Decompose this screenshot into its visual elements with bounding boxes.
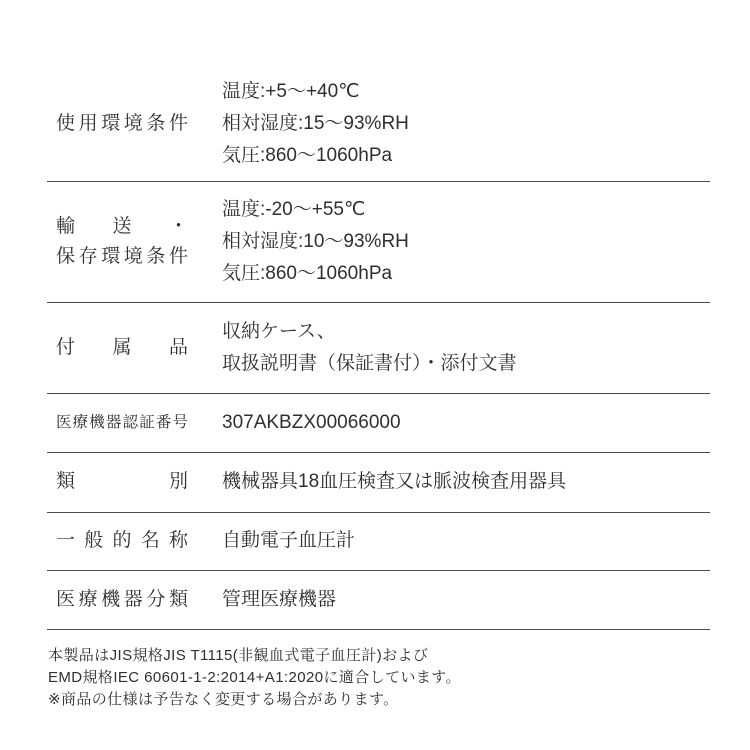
spec-label-transport-storage-environment-conditions: 輸送・ 保存環境条件 (56, 212, 188, 272)
spec-value-classification: 機械器具18血圧検査又は脈波検査用器具 (222, 466, 566, 498)
spec-row-usage-environment-conditions: 使用環境条件 温度:+5〜+40℃ 相対湿度:15〜93%RH 気圧:860〜1… (47, 68, 710, 182)
spec-label-text: 使用環境条件 (56, 109, 188, 139)
footnote-spec-change-disclaimer: ※商品の仕様は予告なく変更する場合があります。 (48, 689, 710, 711)
spec-value-text: 取扱説明書（保証書付）・添付文書 (222, 348, 517, 380)
product-spec-table: 使用環境条件 温度:+5〜+40℃ 相対湿度:15〜93%RH 気圧:860〜1… (47, 68, 710, 630)
spec-value-transport-storage-environment-conditions: 温度:-20〜+55℃ 相対湿度:10〜93%RH 気圧:860〜1060hPa (222, 194, 409, 290)
spec-label-text: 付属品 (56, 333, 188, 363)
spec-row-generic-name: 一般的名称 自動電子血圧計 (47, 513, 710, 571)
spec-value-text: 気圧:860〜1060hPa (222, 258, 409, 290)
spec-label-text: 保存環境条件 (56, 242, 188, 272)
spec-value-text: 相対湿度:10〜93%RH (222, 226, 409, 258)
spec-row-accessories: 付属品 収納ケース、 取扱説明書（保証書付）・添付文書 (47, 303, 710, 394)
spec-value-text: 管理医療機器 (222, 584, 336, 616)
spec-row-classification: 類別 機械器具18血圧検査又は脈波検査用器具 (47, 453, 710, 513)
spec-label-text: 輸送・ (56, 212, 188, 242)
spec-row-medical-device-certification-number: 医療機器認証番号 307AKBZX00066000 (47, 394, 710, 453)
spec-row-transport-storage-environment-conditions: 輸送・ 保存環境条件 温度:-20〜+55℃ 相対湿度:10〜93%RH 気圧:… (47, 182, 710, 303)
spec-value-text: 温度:+5〜+40℃ (222, 76, 409, 108)
spec-label-medical-device-certification-number: 医療機器認証番号 (56, 408, 188, 438)
spec-value-usage-environment-conditions: 温度:+5〜+40℃ 相対湿度:15〜93%RH 気圧:860〜1060hPa (222, 76, 409, 172)
spec-label-generic-name: 一般的名称 (56, 526, 188, 556)
spec-value-text: 自動電子血圧計 (222, 525, 355, 557)
spec-value-text: 温度:-20〜+55℃ (222, 194, 409, 226)
spec-row-medical-device-class: 医療機器分類 管理医療機器 (47, 571, 710, 630)
footnote-standards-line-1: 本製品はJIS規格JIS T1115(非観血式電子血圧計)および (48, 645, 710, 667)
spec-label-classification: 類別 (56, 467, 188, 497)
spec-label-text: 類別 (56, 467, 188, 497)
spec-value-text: 307AKBZX00066000 (222, 407, 401, 439)
spec-value-generic-name: 自動電子血圧計 (222, 525, 355, 557)
spec-label-text: 一般的名称 (56, 526, 188, 556)
spec-label-medical-device-class: 医療機器分類 (56, 585, 188, 615)
spec-value-text: 気圧:860〜1060hPa (222, 140, 409, 172)
spec-label-text: 医療機器認証番号 (56, 408, 188, 438)
spec-value-accessories: 収納ケース、 取扱説明書（保証書付）・添付文書 (222, 316, 517, 380)
spec-value-medical-device-class: 管理医療機器 (222, 584, 336, 616)
spec-label-text: 医療機器分類 (56, 585, 188, 615)
spec-value-text: 機械器具18血圧検査又は脈波検査用器具 (222, 466, 566, 498)
spec-label-accessories: 付属品 (56, 333, 188, 363)
spec-value-text: 収納ケース、 (222, 316, 517, 348)
spec-value-text: 相対湿度:15〜93%RH (222, 108, 409, 140)
footnote-standards-line-2: EMD規格IEC 60601-1-2:2014+A1:2020に適合しています。 (48, 667, 710, 689)
spec-label-usage-environment-conditions: 使用環境条件 (56, 109, 188, 139)
footnotes: 本製品はJIS規格JIS T1115(非観血式電子血圧計)および EMD規格IE… (48, 645, 710, 711)
spec-value-medical-device-certification-number: 307AKBZX00066000 (222, 407, 401, 439)
